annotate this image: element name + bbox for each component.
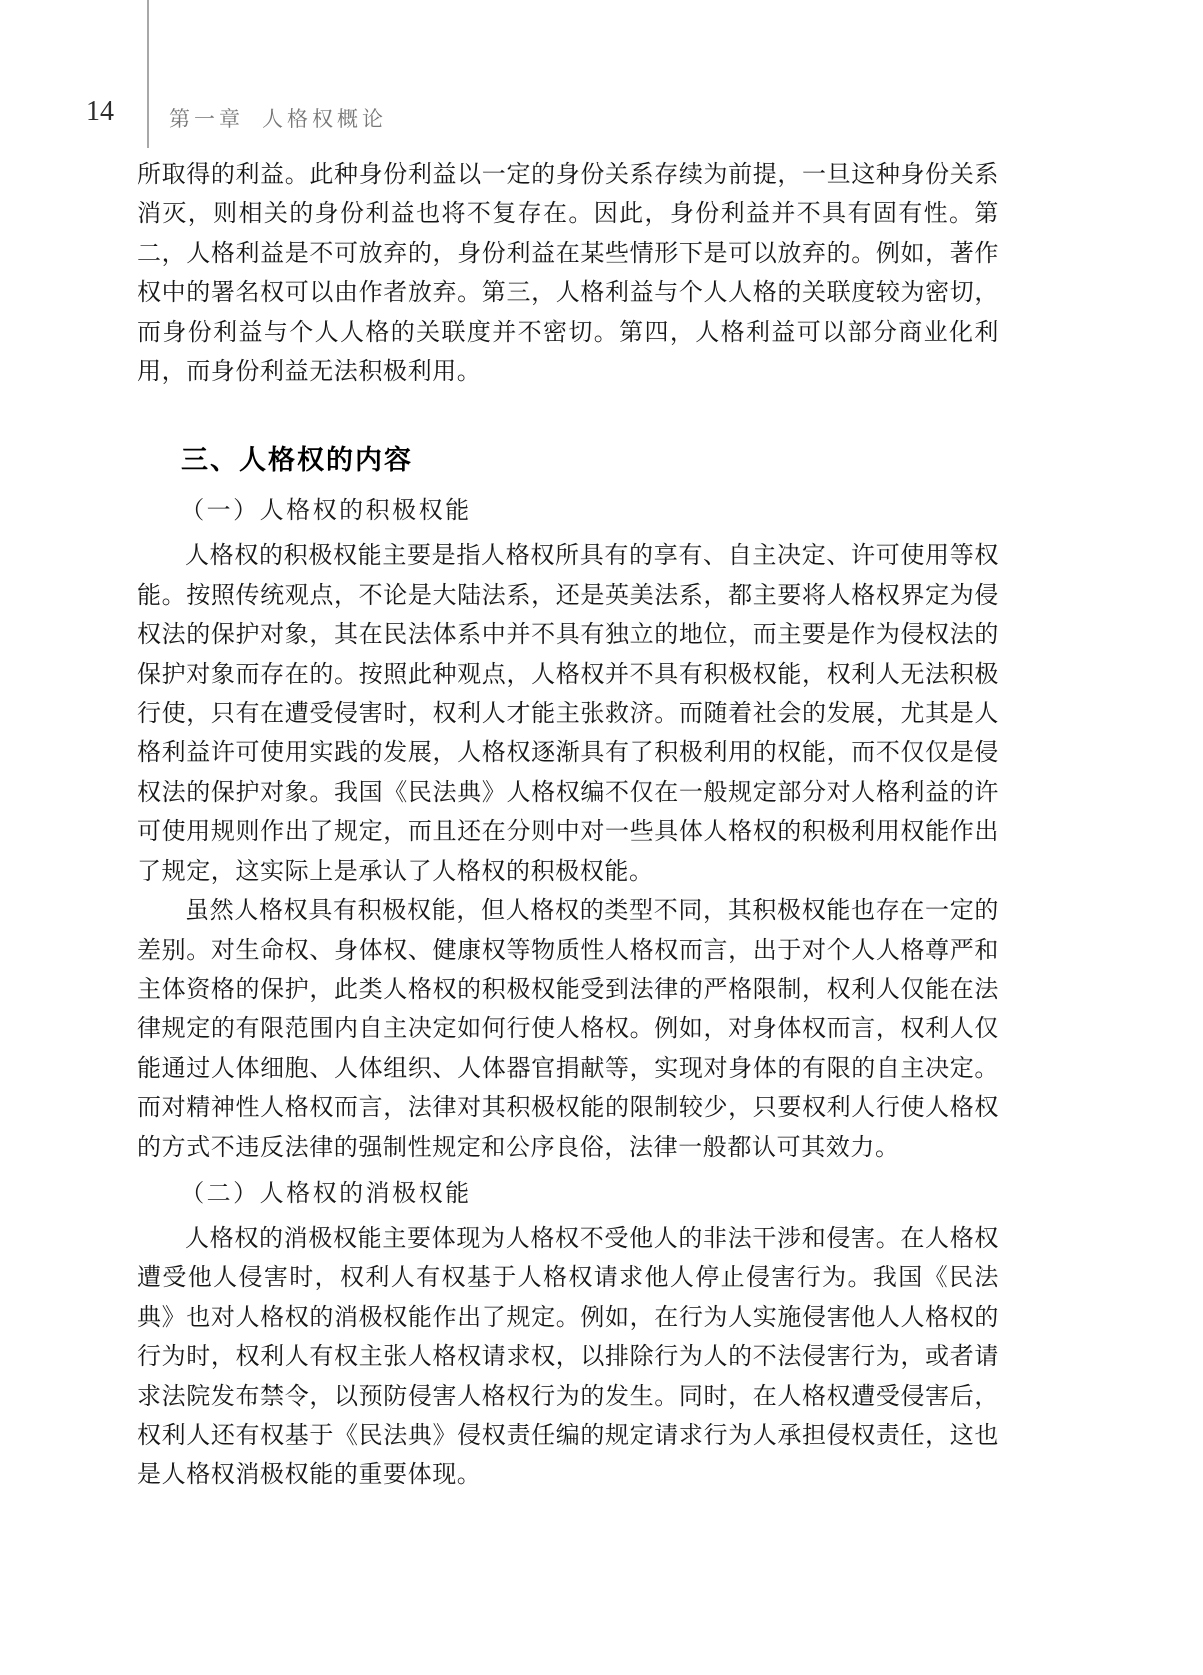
page-number: 14 (86, 96, 114, 128)
chapter-title: 人格权概论 (262, 107, 387, 131)
paragraph-positive-powers-1: 人格权的积极权能主要是指人格权所具有的享有、自主决定、许可使用等权能。按照传统观… (137, 537, 999, 892)
subsection-heading-1: （一）人格权的积极权能 (137, 494, 999, 528)
text-column: 所取得的利益。此种身份利益以一定的身份关系存续为前提，一旦这种身份关系消灭，则相… (137, 156, 999, 1496)
subsection-heading-2: （二）人格权的消极权能 (137, 1177, 999, 1211)
section-heading: 三、人格权的内容 (181, 444, 999, 476)
continued-paragraph: 所取得的利益。此种身份利益以一定的身份关系存续为前提，一旦这种身份关系消灭，则相… (137, 156, 999, 392)
chapter-label: 第一章 (169, 107, 244, 131)
paragraph-negative-powers: 人格权的消极权能主要体现为人格权不受他人的非法干涉和侵害。在人格权遭受他人侵害时… (137, 1220, 999, 1496)
running-head: 第一章人格权概论 (169, 103, 387, 133)
header-divider-rule (147, 0, 149, 148)
paragraph-positive-powers-2: 虽然人格权具有积极权能，但人格权的类型不同，其积极权能也存在一定的差别。对生命权… (137, 892, 999, 1168)
